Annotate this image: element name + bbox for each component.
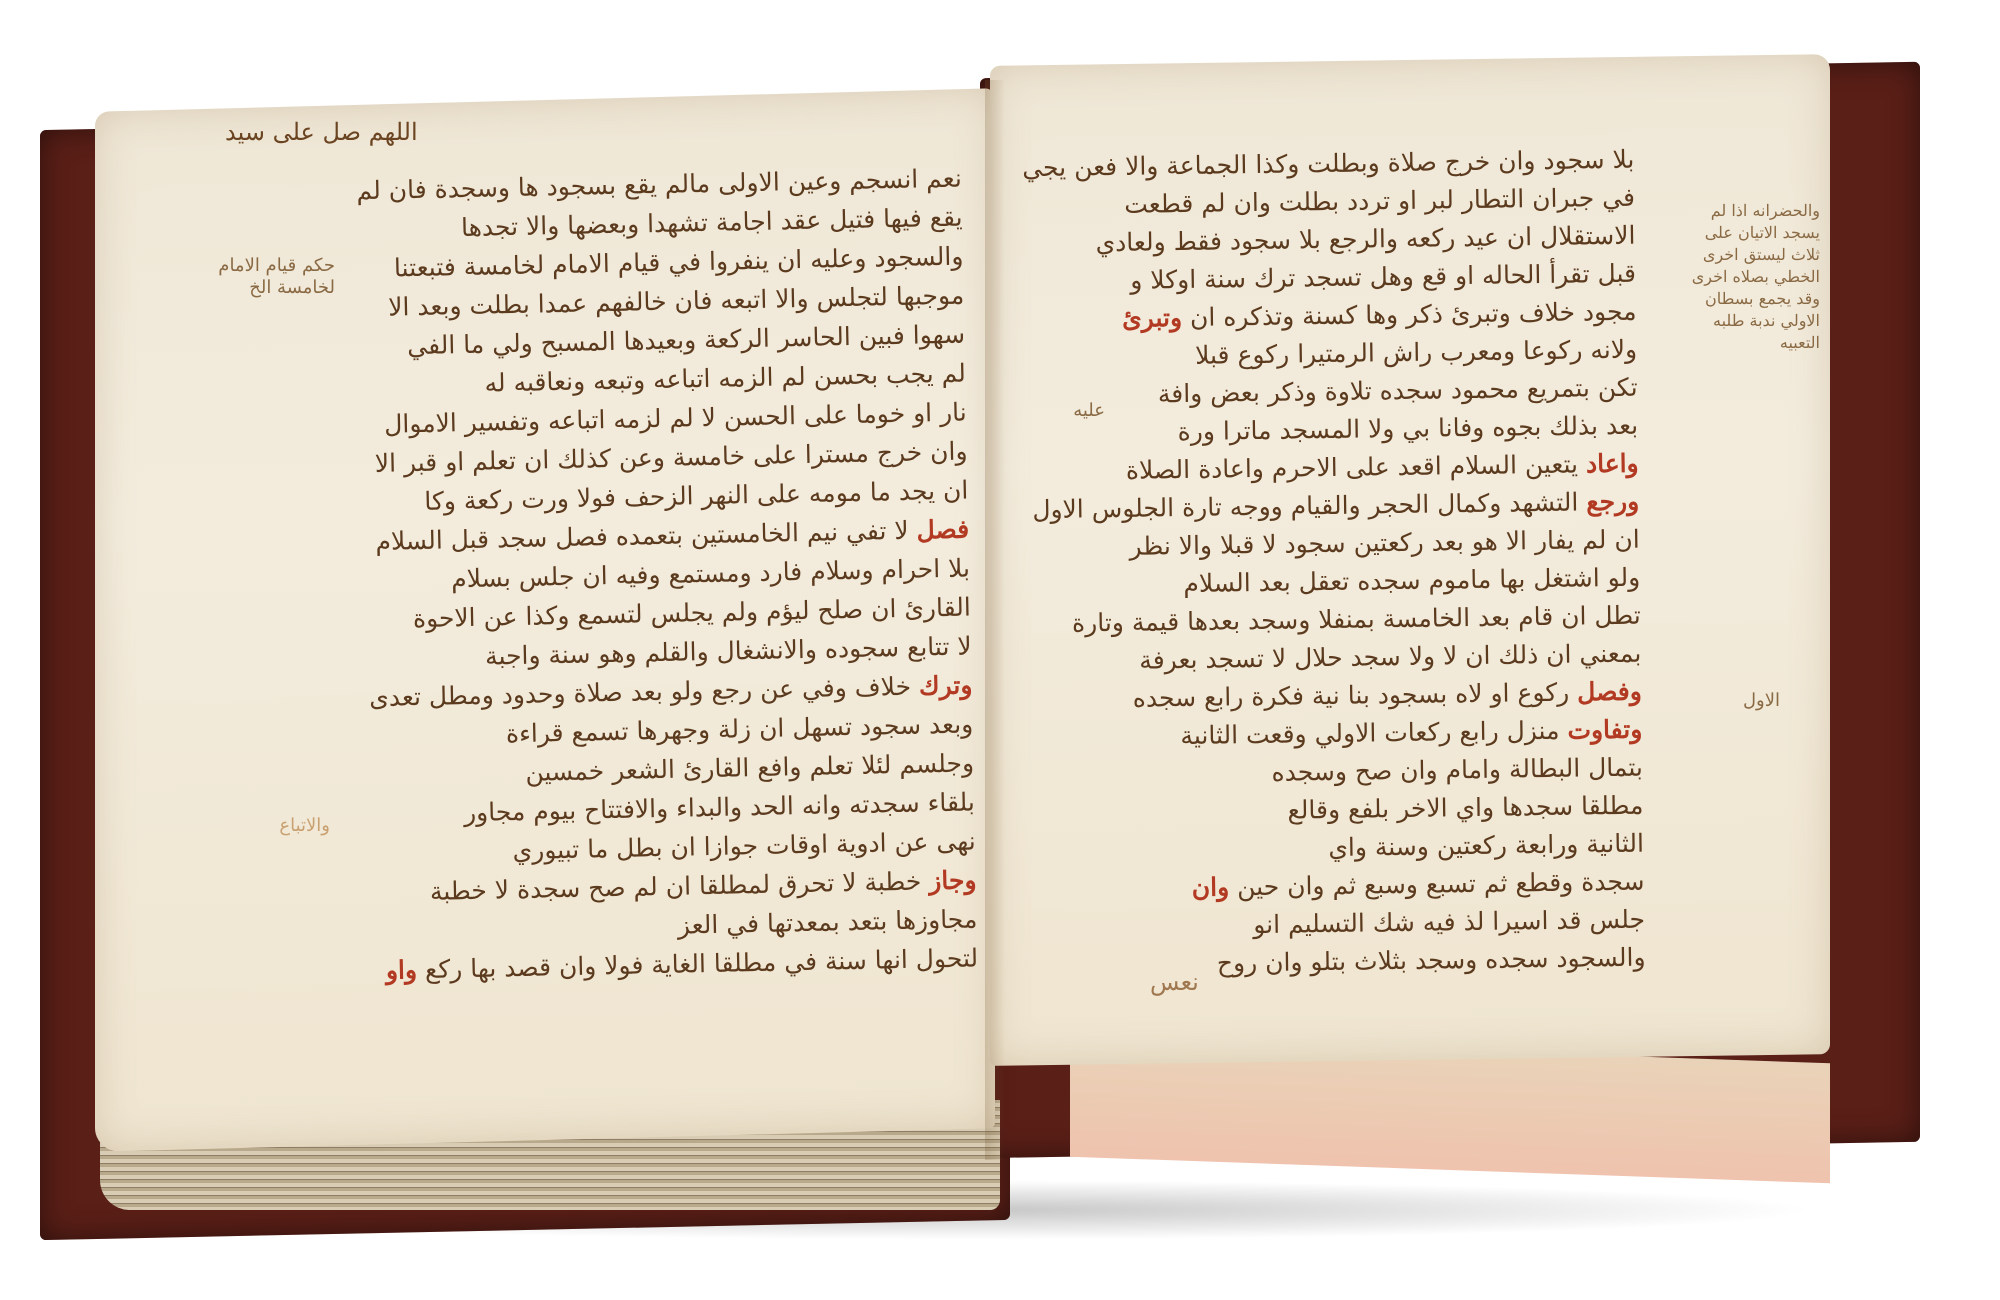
rubric: وتفاوت <box>1567 715 1642 745</box>
catchword: نعس <box>1150 968 1199 996</box>
right-margin-note: والحضرانه اذا لم يسجد الاتيان على ثلاث ل… <box>1680 200 1820 354</box>
rubric: وان <box>1192 872 1230 902</box>
left-page-header: اللهم صل على سيد <box>225 118 418 146</box>
book-gutter <box>985 80 1005 1160</box>
rubric: ورجع <box>1586 487 1639 517</box>
rubric: واعاد <box>1586 449 1639 479</box>
left-lower-margin-note: والاتباع <box>190 815 330 837</box>
rubric: وفصل <box>1577 677 1642 707</box>
rubric: فصل <box>916 515 969 545</box>
left-margin-note: حكم قيام الامام لخامسة الخ <box>185 255 335 299</box>
right-page-text: بلا سجود وان خرج صلاة وبطلت وكذا الجماعة… <box>1014 141 1646 986</box>
left-page-text: نعم انسجم وعين الاولى مالم يقع بسجود ها … <box>341 159 978 991</box>
rubric: وتبرئ <box>1122 303 1182 333</box>
manuscript-photo: اللهم صل على سيد حكم قيام الامام لخامسة … <box>0 0 2000 1300</box>
rubric: واو <box>386 955 418 985</box>
rubric: وجاز <box>929 865 977 895</box>
rubric: وترك <box>919 670 973 700</box>
right-margin-note-3: الاول <box>1700 690 1780 712</box>
